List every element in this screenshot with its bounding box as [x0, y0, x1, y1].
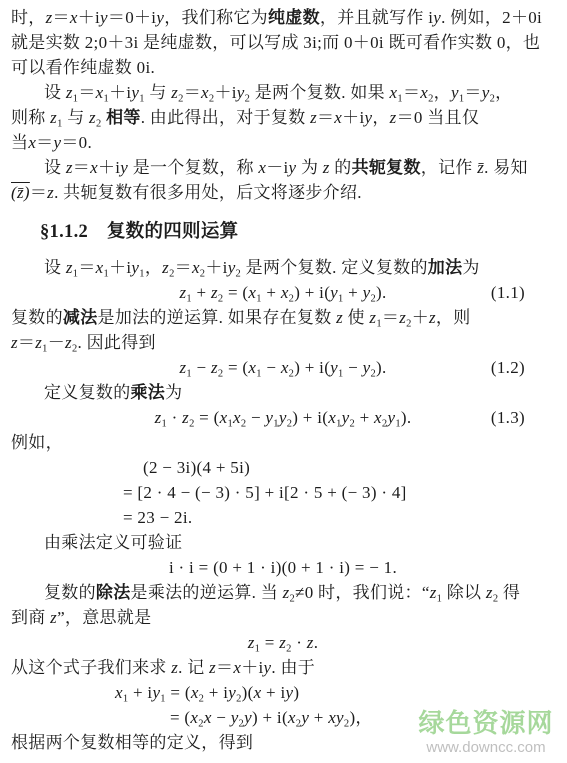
text-segment: =	[260, 633, 279, 652]
text-segment: −	[192, 358, 211, 377]
text-segment: ，	[145, 258, 162, 277]
text-segment: i · i = (0 + 1 · i)(0 + 1 · i) = − 1.	[169, 558, 397, 577]
text-segment: + i	[204, 683, 228, 702]
text-line: = [2 · 4 − (− 3) · 5] + i[2 · 5 + (− 3) …	[11, 480, 555, 505]
text-segment: = (	[223, 283, 248, 302]
text-line: 时，z＝x＋iy＝0＋iy，我们称它为纯虚数，并且就写作 iy. 例如，2＋0i	[11, 5, 555, 30]
text-segment: x	[70, 8, 78, 27]
text-segment: x	[204, 708, 212, 727]
text-segment: (2 − 3i)(4 + 5i)	[143, 458, 250, 477]
text-segment: x	[281, 358, 289, 377]
text-segment: z	[211, 283, 218, 302]
text-segment: ＋	[412, 308, 429, 327]
text-line: 复数的减法是加法的逆运算. 如果存在复数 z 使 z1＝z2＋z，则	[11, 305, 555, 330]
text-segment: ，并且就写作 i	[320, 8, 433, 27]
text-segment: 是加法的逆运算. 如果存在复数	[98, 308, 337, 327]
text-line: i · i = (0 + 1 · i)(0 + 1 · i) = − 1.	[11, 555, 555, 580]
text-segment: ＋i	[205, 258, 227, 277]
text-segment: ＝0 当且仅	[397, 108, 480, 127]
text-segment: 为	[296, 158, 322, 177]
text-segment: z	[310, 108, 317, 127]
text-segment: ＋i	[342, 108, 364, 127]
text-segment: ≠0 时，我们说：“	[295, 583, 430, 602]
text-segment: y	[244, 708, 252, 727]
text-segment: 设	[44, 158, 66, 177]
text-segment: y	[330, 358, 338, 377]
text-segment: x	[233, 408, 241, 427]
text-segment: ＋i	[214, 83, 236, 102]
text-segment: 例如，	[11, 433, 63, 452]
text-segment: y	[120, 158, 128, 177]
text-segment: 2	[96, 119, 102, 130]
text-segment: y	[231, 708, 239, 727]
text-segment: .	[314, 633, 319, 652]
text-segment: +	[309, 708, 328, 727]
text-segment: 是两个复数. 如果	[250, 83, 389, 102]
text-segment: y	[301, 708, 309, 727]
text-segment: z	[307, 633, 314, 652]
text-segment: (z̄)	[11, 183, 30, 202]
text-segment: 乘法	[131, 383, 166, 402]
text-segment: 设	[44, 258, 66, 277]
text-segment: x	[191, 683, 199, 702]
text-segment: + i	[261, 683, 285, 702]
text-line: z1 · z2 = (x1x2 − y1y2) + i(x1y2 + x2y1)…	[11, 405, 555, 430]
text-segment: 除法	[96, 583, 131, 602]
text-line: 当x＝y＝0.	[11, 130, 555, 155]
text-segment: 到商	[11, 608, 50, 627]
text-segment: z	[283, 583, 290, 602]
text-segment: y	[228, 683, 236, 702]
text-segment: y	[451, 83, 459, 102]
text-segment: 是乘法的逆运算. 当	[131, 583, 283, 602]
text-line: 则称 z1 与 z2 相等. 由此得出，对于复数 z＝x＋iy，z＝0 当且仅	[11, 105, 555, 130]
text-segment: ＋i	[98, 158, 120, 177]
text-line: 设 z＝x＋iy 是一个复数，称 x－iy 为 z 的共轭复数，记作 z̄. 易…	[11, 155, 555, 180]
text-segment: ＝	[403, 83, 420, 102]
text-segment: ，	[495, 83, 512, 102]
text-segment: ＝	[36, 133, 53, 152]
text-line: x1 + iy1 = (x2 + iy2)(x + iy)	[11, 680, 555, 705]
text-segment: + i	[128, 683, 152, 702]
text-segment: 可以看作纯虚数 0i.	[11, 58, 155, 77]
text-line: 定义复数的乘法为	[11, 380, 555, 405]
text-segment: x	[96, 258, 104, 277]
text-segment: ＋i	[109, 83, 131, 102]
text-segment: 加法	[428, 258, 463, 277]
text-segment: ·	[292, 633, 307, 652]
text-segment: x	[192, 258, 200, 277]
text-segment: ) + i(	[294, 283, 330, 302]
text-segment: 减法	[63, 308, 98, 327]
text-segment: 当	[11, 133, 28, 152]
text-segment: x	[420, 83, 428, 102]
equation-number: (1.3)	[491, 405, 525, 430]
text-segment: −	[212, 708, 231, 727]
text-segment: ，	[372, 108, 389, 127]
text-segment: z	[430, 583, 437, 602]
text-segment: z	[486, 583, 493, 602]
text-segment: ＝0.	[61, 133, 92, 152]
text-segment: z	[336, 308, 343, 327]
text-segment: −	[344, 358, 363, 377]
text-segment: )(	[242, 683, 254, 702]
text-segment: 是一个复数，称	[128, 158, 258, 177]
watermark-site-url: www.downcc.com	[410, 738, 562, 758]
text-segment: . 记	[178, 658, 209, 677]
text-segment: §1.1.2 复数的四则运算	[40, 222, 238, 242]
text-segment: z	[66, 158, 73, 177]
text-segment: z	[46, 8, 53, 27]
text-segment: ，	[434, 83, 451, 102]
text-segment: y	[156, 8, 164, 27]
text-segment: ＝	[382, 308, 399, 327]
text-segment: z	[66, 258, 73, 277]
text-segment: x	[281, 283, 289, 302]
text-segment: +	[262, 283, 281, 302]
text-segment: x	[328, 708, 336, 727]
text-segment: ＋i	[78, 8, 100, 27]
text-segment: x	[201, 83, 209, 102]
text-segment: ).	[376, 283, 387, 302]
text-segment: ＝	[317, 108, 334, 127]
text-segment: ，则	[436, 308, 471, 327]
text-segment: 由乘法定义可验证	[44, 533, 182, 552]
text-segment: 复数的	[44, 583, 96, 602]
text-segment: ).	[401, 408, 412, 427]
text-segment: ，记作	[421, 158, 477, 177]
text-segment: 复数的	[11, 308, 63, 327]
text-line: z＝z1－z2. 因此得到	[11, 330, 555, 355]
text-segment: . 易知	[484, 158, 528, 177]
text-segment: 除以	[442, 583, 486, 602]
text-line: (z̄)＝z. 共轭复数有很多用处，后文将逐步介绍.	[11, 180, 555, 205]
text-segment: ) + i(	[252, 708, 288, 727]
text-segment: ＝	[18, 333, 35, 352]
text-segment: z	[155, 408, 162, 427]
text-segment: x	[28, 133, 36, 152]
text-segment: z	[89, 108, 96, 127]
text-segment: 与	[63, 108, 89, 127]
text-segment: 纯虚数	[268, 8, 320, 27]
text-segment: ＝0＋i	[108, 8, 156, 27]
text-content: 时，z＝x＋iy＝0＋iy，我们称它为纯虚数，并且就写作 iy. 例如，2＋0i…	[0, 0, 567, 755]
text-segment: ＝	[78, 83, 95, 102]
text-segment: 根据两个复数相等的定义，得到	[11, 733, 253, 752]
text-segment: −	[262, 358, 281, 377]
text-segment: y	[279, 408, 287, 427]
text-segment: y	[237, 83, 245, 102]
text-segment: = 23 − 2i.	[123, 508, 192, 527]
text-segment: 得	[498, 583, 520, 602]
text-line: 从这个式子我们来求 z. 记 z＝x＋iy. 由于	[11, 655, 555, 680]
text-segment: . 例如，2＋0i	[441, 8, 542, 27]
text-segment: x	[90, 158, 98, 177]
text-segment: －	[48, 333, 65, 352]
text-segment: 则称	[11, 108, 50, 127]
text-line: 可以看作纯虚数 0i.	[11, 55, 555, 80]
text-line: 设 z1＝x1＋iy1，z2＝x2＋iy2 是两个复数. 定义复数的加法为	[11, 255, 555, 280]
text-segment: ＝	[73, 158, 90, 177]
text-segment: 设	[44, 83, 66, 102]
text-line: (2 − 3i)(4 + 5i)	[11, 455, 555, 480]
document-page: 时，z＝x＋iy＝0＋iy，我们称它为纯虚数，并且就写作 iy. 例如，2＋0i…	[0, 0, 567, 763]
text-segment: ＝	[53, 8, 70, 27]
text-segment: z	[11, 333, 18, 352]
text-segment: )，	[349, 708, 372, 727]
text-segment: y	[336, 708, 344, 727]
text-segment: = (	[170, 708, 190, 727]
text-segment: = (	[195, 408, 220, 427]
text-segment: . 由于	[271, 658, 315, 677]
text-line: 到商 z”，意思就是	[11, 605, 555, 630]
text-segment: +	[355, 408, 374, 427]
text-segment: ”，意思就是	[57, 608, 151, 627]
equation-number: (1.2)	[491, 355, 525, 380]
text-segment: y	[228, 258, 236, 277]
text-segment: x	[115, 683, 123, 702]
text-segment: ＋i	[241, 658, 263, 677]
text-segment: 是两个复数. 定义复数的	[241, 258, 428, 277]
text-segment: x	[334, 108, 342, 127]
text-line: 就是实数 2;0＋3i 是纯虚数，可以写成 3i;而 0＋0i 既可看作实数 0…	[11, 30, 555, 55]
text-segment: −	[246, 408, 265, 427]
text-segment: ).	[376, 358, 387, 377]
text-segment: ＝	[464, 83, 481, 102]
text-segment: x	[288, 708, 296, 727]
text-segment: ＝	[175, 258, 192, 277]
text-segment: 定义复数的	[44, 383, 131, 402]
text-segment: y	[330, 283, 338, 302]
equation-number: (1.1)	[491, 280, 525, 305]
text-segment: x	[328, 408, 336, 427]
text-segment: = (	[223, 358, 248, 377]
text-segment: ＋i	[109, 258, 131, 277]
text-segment: ) + i(	[292, 408, 328, 427]
text-segment: . 共轭复数有很多用处，后文将逐步介绍.	[54, 183, 362, 202]
text-segment: 的	[330, 158, 352, 177]
text-segment: ＝	[216, 658, 233, 677]
text-line: = 23 − 2i.	[11, 505, 555, 530]
text-segment: z	[429, 308, 436, 327]
text-segment: z	[209, 658, 216, 677]
text-segment: = [2 · 4 − (− 3) · 5] + i[2 · 5 + (− 3) …	[123, 483, 407, 502]
text-segment: 相等	[106, 108, 141, 127]
text-segment: 为	[165, 383, 182, 402]
text-segment: z	[65, 333, 72, 352]
text-line: 例如，	[11, 430, 555, 455]
text-segment: . 因此得到	[78, 333, 156, 352]
text-segment: x	[96, 83, 104, 102]
text-segment: +	[344, 283, 363, 302]
watermark: 绿色资源网 www.downcc.com	[410, 709, 562, 758]
text-segment: x	[374, 408, 382, 427]
text-segment: ＝	[30, 183, 47, 202]
text-segment: ＝	[78, 258, 95, 277]
text-segment: y	[100, 8, 108, 27]
text-segment: 时，	[11, 8, 46, 27]
text-segment: －i	[266, 158, 288, 177]
text-segment: y	[433, 8, 441, 27]
text-line: 设 z1＝x1＋iy1 与 z2＝x2＋iy2 是两个复数. 如果 x1＝x2，…	[11, 80, 555, 105]
text-segment: 与	[145, 83, 171, 102]
text-segment: ·	[167, 408, 182, 427]
text-segment: = (	[166, 683, 191, 702]
text-segment: 为	[462, 258, 479, 277]
text-segment: 就是实数 2;0＋3i 是纯虚数，可以写成 3i;而 0＋0i 既可看作实数 0…	[11, 33, 540, 52]
text-segment: y	[482, 83, 490, 102]
text-segment: +	[192, 283, 211, 302]
text-segment: 从这个式子我们来求	[11, 658, 171, 677]
text-line: 复数的除法是乘法的逆运算. 当 z2≠0 时，我们说：“z1 除以 z2 得	[11, 580, 555, 605]
text-segment: ，我们称它为	[164, 8, 268, 27]
section-heading: §1.1.2 复数的四则运算	[40, 219, 555, 245]
text-segment: ＝	[184, 83, 201, 102]
text-line: z1 = z2 · z.	[11, 630, 555, 655]
text-segment: 共轭复数	[352, 158, 421, 177]
watermark-site-name: 绿色资源网	[410, 709, 562, 738]
text-segment: 使	[343, 308, 369, 327]
text-line: 由乘法定义可验证	[11, 530, 555, 555]
text-segment: ) + i(	[294, 358, 330, 377]
text-segment: . 由此得出，对于复数	[141, 108, 310, 127]
text-segment: z	[248, 633, 255, 652]
text-segment: z	[211, 358, 218, 377]
text-line: z1 + z2 = (x1 + x2) + i(y1 + y2).(1.1)	[11, 280, 555, 305]
text-segment: z	[323, 158, 330, 177]
text-segment: z	[66, 83, 73, 102]
text-line: z1 − z2 = (x1 − x2) + i(y1 − y2).(1.2)	[11, 355, 555, 380]
text-segment: )	[293, 683, 299, 702]
text-segment: z	[390, 108, 397, 127]
